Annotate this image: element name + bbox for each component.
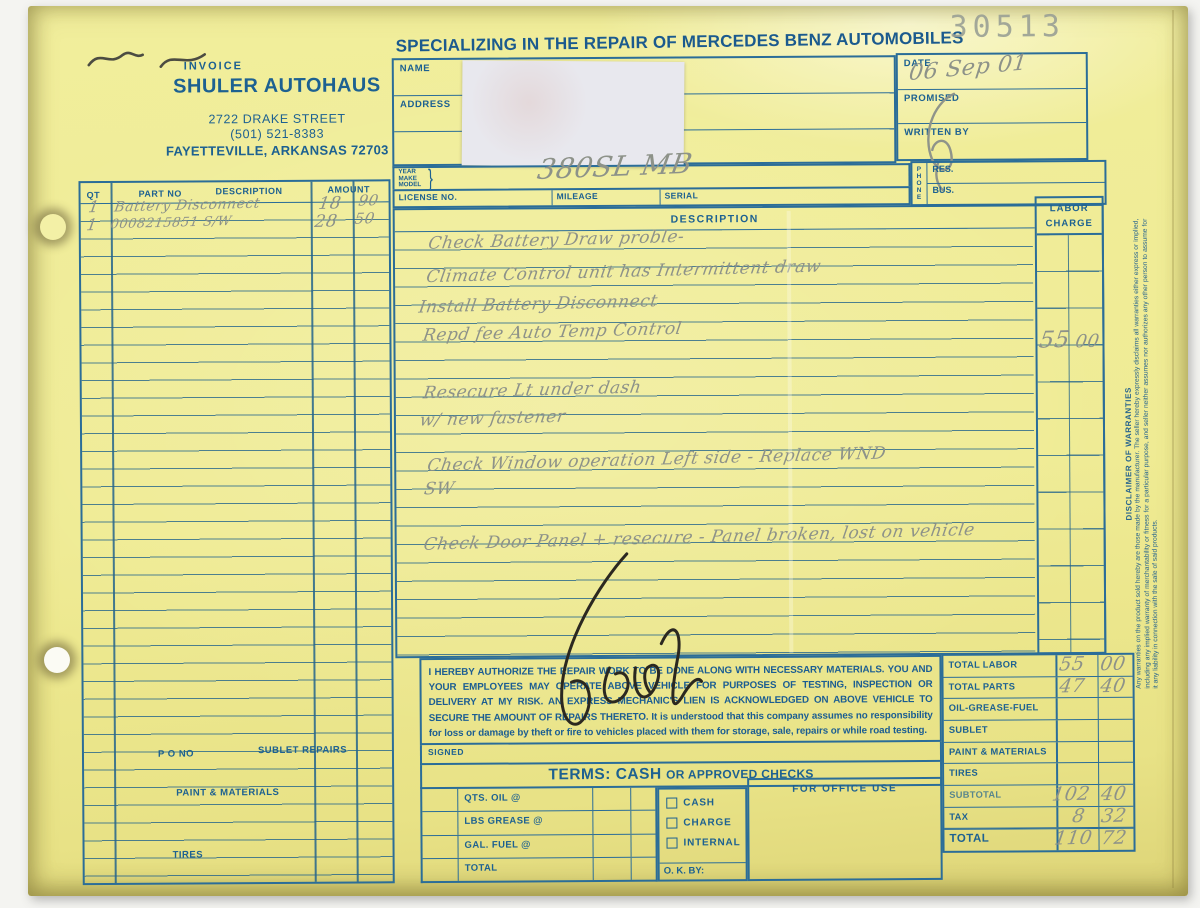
fluids-table: QTS. OIL @ LBS GREASE @ GAL. FUEL @ TOTA… xyxy=(420,788,658,883)
total-labor-dollars: 55 xyxy=(1058,653,1087,676)
labor-charge-column: LABOR CHARGE xyxy=(1035,196,1107,654)
fluids-row-fuel: GAL. FUEL @ xyxy=(422,833,655,858)
part-row2-cents: 50 xyxy=(353,209,376,228)
payment-option-charge: CHARGE xyxy=(666,817,731,828)
labor-amount-cents: 00 xyxy=(1074,331,1101,353)
ruled-lines xyxy=(395,228,1036,656)
subtotal-cents: 40 xyxy=(1100,783,1129,806)
disclaimer-body: Any warranties on the product sold hereb… xyxy=(1133,219,1162,689)
invoice-number-stamp: 30513 xyxy=(949,9,1065,45)
amount-cell xyxy=(592,811,630,833)
payment-method-panel: CASH CHARGE INTERNAL O. K. BY: xyxy=(657,787,748,882)
checkbox-cash-icon xyxy=(666,798,677,809)
cents-cell xyxy=(631,857,656,879)
serial-field: SERIAL xyxy=(661,188,909,205)
oil-grease-fuel-row: OIL-GREASE-FUEL xyxy=(944,698,1133,721)
qty-cell xyxy=(423,859,459,881)
parts-description-header: DESCRIPTION xyxy=(216,186,283,196)
scanned-invoice-page: INVOICE SHULER AUTOHAUS 2722 DRAKE STREE… xyxy=(0,0,1200,908)
fluids-row-total: TOTAL xyxy=(423,856,656,881)
po-no-label: P O NO xyxy=(158,748,194,759)
warranty-disclaimer: DISCLAIMER OF WARRANTIES Any warranties … xyxy=(1123,219,1174,689)
handwritten-note-8: SW xyxy=(423,479,456,500)
company-phone: (501) 521-8383 xyxy=(158,127,396,144)
total-parts-dollars: 47 xyxy=(1058,674,1087,697)
payment-option-internal: INTERNAL xyxy=(666,837,740,848)
amount-cell xyxy=(592,788,630,810)
handwritten-note-6: w/ new fastener xyxy=(418,407,567,431)
tires-label: TIRES xyxy=(173,849,204,860)
subtotal-dollars: 102 xyxy=(1051,783,1092,806)
phone-res-field: RES. xyxy=(927,162,1104,184)
form-title: SPECIALIZING IN THE REPAIR OF MERCEDES B… xyxy=(396,29,944,57)
cents-cell xyxy=(630,834,655,856)
company-block: INVOICE SHULER AUTOHAUS 2722 DRAKE STREE… xyxy=(158,59,397,160)
terms-emphasis: TERMS: CASH xyxy=(548,766,661,784)
year-make-model-labels: YEAR MAKE MODEL xyxy=(398,169,421,189)
total-labor-cents: 00 xyxy=(1099,653,1128,676)
grand-total-row: TOTAL 110 72 xyxy=(944,828,1133,851)
tax-cents: 32 xyxy=(1100,804,1129,827)
qty-cell xyxy=(422,835,458,857)
labor-amount-dollars: 55 xyxy=(1037,327,1071,354)
paint-materials-row: PAINT & MATERIALS xyxy=(944,741,1133,764)
grand-total-dollars: 110 xyxy=(1053,827,1094,850)
labor-charge-header: LABOR CHARGE xyxy=(1037,198,1102,235)
cents-cell xyxy=(630,811,655,833)
tax-dollars: 8 xyxy=(1071,805,1087,827)
license-field: LICENSE NO. xyxy=(395,190,553,206)
total-parts-cents: 40 xyxy=(1099,674,1128,697)
company-street: 2722 DRAKE STREET xyxy=(158,111,396,128)
fluids-row-oil: QTS. OIL @ xyxy=(422,788,655,812)
office-use-panel: FOR OFFICE USE xyxy=(747,777,943,881)
part-row1-cents: 90 xyxy=(357,191,380,210)
invoice-label: INVOICE xyxy=(184,59,396,74)
fluids-row-grease: LBS GREASE @ xyxy=(422,810,655,835)
company-name: SHULER AUTOHAUS xyxy=(158,73,396,99)
part-row2-dollars: 28 xyxy=(313,211,339,232)
sublet-repairs-label: SUBLET REPAIRS xyxy=(258,745,347,757)
payment-option-cash: CASH xyxy=(666,797,715,808)
phone-label-vertical: PHONE xyxy=(912,163,927,204)
qty-cell xyxy=(422,789,458,811)
totals-table: TOTAL LABOR 55 00 TOTAL PARTS 47 40 OIL-… xyxy=(941,653,1135,853)
qty-cell xyxy=(422,812,458,834)
signature-ink xyxy=(531,547,712,753)
parts-table: QT PART NO DESCRIPTION AMOUNT xyxy=(78,179,394,885)
vehicle-handwritten: 380SL MB xyxy=(535,147,695,186)
amount-cell xyxy=(592,834,630,856)
sublet-row: SUBLET xyxy=(944,720,1133,743)
amount-cell xyxy=(593,858,631,880)
cents-cell xyxy=(630,788,655,810)
parts-ruled-lines xyxy=(81,202,393,883)
invoice-form: INVOICE SHULER AUTOHAUS 2722 DRAKE STREE… xyxy=(0,0,1200,908)
checkbox-charge-icon xyxy=(666,818,677,829)
tax-row: TAX 8 32 xyxy=(944,806,1133,829)
paint-materials-label: PAINT & MATERIALS xyxy=(176,787,279,799)
grand-total-cents: 72 xyxy=(1100,827,1129,850)
checkbox-internal-icon xyxy=(666,838,677,849)
ok-by-field: O. K. BY: xyxy=(660,862,746,880)
total-parts-row: TOTAL PARTS 47 40 xyxy=(944,676,1133,699)
mileage-field: MILEAGE xyxy=(553,190,661,206)
company-city: FAYETTEVILLE, ARKANSAS 72703 xyxy=(158,142,396,160)
